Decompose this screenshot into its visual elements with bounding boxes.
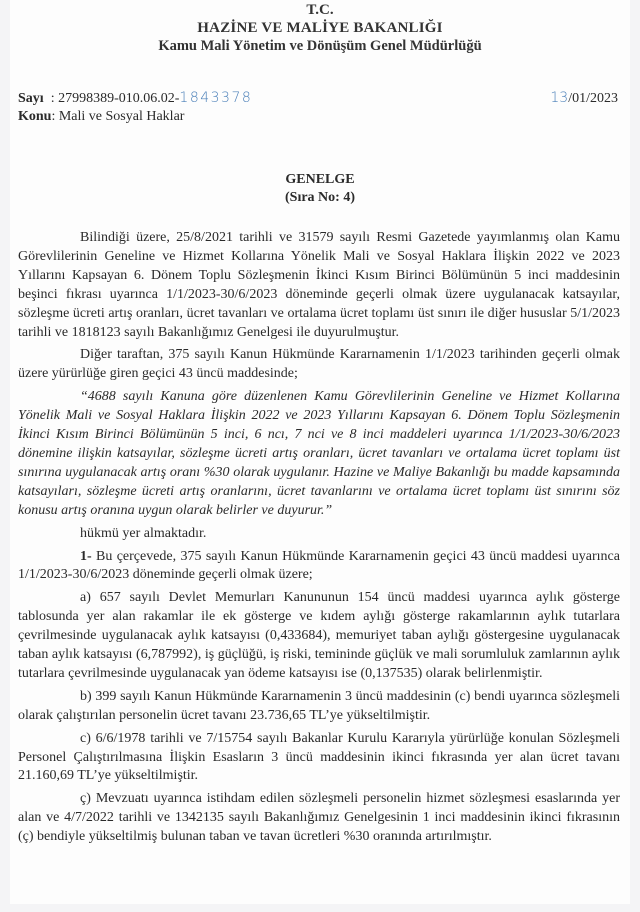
paragraph-provision: hükmü yer almaktadır. [18, 525, 620, 544]
paragraph-item-c: c) 6/6/1978 tarihli ve 7/15754 sayılı Ba… [18, 730, 620, 787]
paragraph-item-a: a) 657 sayılı Devlet Memurları Kanununun… [18, 589, 620, 684]
item-1-number: 1- [80, 549, 92, 564]
header-ministry: HAZİNE VE MALİYE BAKANLIĞI [0, 20, 640, 37]
date-handwritten-day: 13 [550, 90, 568, 106]
konu-line: Konu: Mali ve Sosyal Haklar [18, 109, 184, 125]
header-tc: T.C. [0, 2, 640, 19]
paragraph-other-side: Diğer taraftan, 375 sayılı Kanun Hükmünd… [18, 346, 620, 384]
paragraph-quote: “4688 sayılı Kanuna göre düzenlenen Kamu… [18, 388, 620, 520]
paragraph-item-cc: ç) Mevzuatı uyarınca istihdam edilen söz… [18, 790, 620, 847]
document-date: 13/01/2023 [550, 90, 618, 107]
header-directorate: Kamu Mali Yönetim ve Dönüşüm Genel Müdür… [0, 38, 640, 55]
konu-value: : Mali ve Sosyal Haklar [51, 109, 184, 124]
konu-label: Konu [18, 109, 51, 124]
document-body: Bilindiği üzere, 25/8/2021 tarihli ve 31… [18, 229, 620, 851]
sayi-handwritten-number: 1843378 [179, 90, 252, 106]
paragraph-intro: Bilindiği üzere, 25/8/2021 tarihli ve 31… [18, 229, 620, 342]
document-subtitle: (Sıra No: 4) [0, 190, 640, 206]
paragraph-item-b: b) 399 sayılı Kanun Hükmünde Kararnameni… [18, 688, 620, 726]
sayi-label: Sayı [18, 91, 44, 106]
item-1-text: Bu çerçevede, 375 sayılı Kanun Hükmünde … [18, 549, 620, 583]
paragraph-item-1: 1- Bu çerçevede, 375 sayılı Kanun Hükmün… [18, 548, 620, 586]
sayi-value: : 27998389-010.06.02- [51, 91, 180, 106]
document-title: GENELGE [0, 172, 640, 188]
date-rest: /01/2023 [568, 91, 618, 106]
sayi-line: Sayı : 27998389-010.06.02-1843378 [18, 90, 252, 107]
